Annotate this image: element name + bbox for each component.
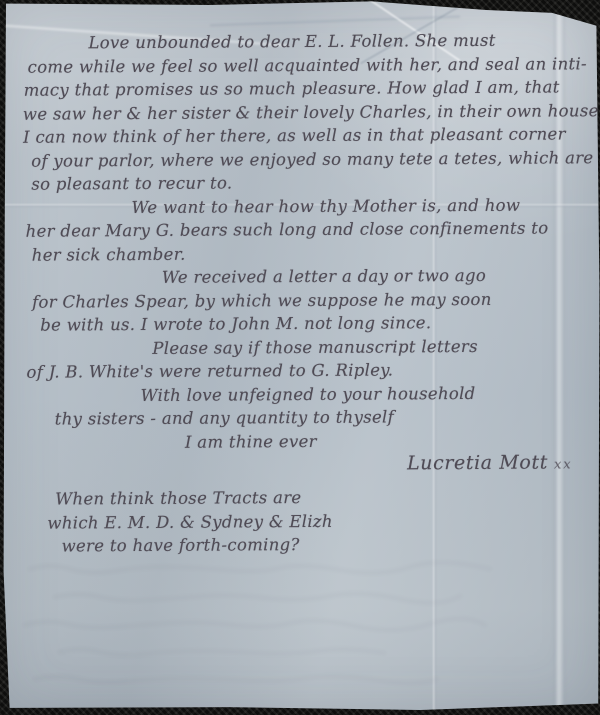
postscript-line: When think those Tracts are bbox=[55, 484, 583, 511]
letter-line: so pleasant to recur to. bbox=[31, 169, 581, 196]
postscript-line: which E. M. D. & Sydney & Elizh bbox=[47, 508, 583, 535]
letter-line: We want to hear how thy Mother is, and h… bbox=[131, 193, 581, 219]
ink-bleed-through bbox=[0, 555, 600, 705]
letter-line: We received a letter a day or two ago bbox=[162, 263, 582, 289]
diagonal-crease bbox=[210, 16, 460, 27]
letter-line: With love unfeigned to your household bbox=[141, 381, 583, 407]
letter-line: for Charles Spear, by which we suppose h… bbox=[32, 287, 582, 314]
letter-line: thy sisters - and any quantity to thysel… bbox=[55, 404, 583, 431]
postscript-line: were to have forth-coming? bbox=[61, 531, 583, 558]
letter-line: Love unbounded to dear E. L. Follen. She… bbox=[88, 28, 580, 55]
letter-text: Love unbounded to dear E. L. Follen. She… bbox=[22, 28, 583, 558]
letter-line: of your parlor, where we enjoyed so many… bbox=[31, 146, 581, 173]
letter-line: come while we feel so well acquainted wi… bbox=[28, 52, 581, 79]
letter-line: be with us. I wrote to John M. not long … bbox=[40, 310, 582, 337]
letter-line: I can now think of her there, as well as… bbox=[23, 122, 581, 149]
letter-line: of J. B. White's were returned to G. Rip… bbox=[26, 357, 582, 384]
signature: Lucretia Mottxx bbox=[407, 451, 583, 478]
letter-page: Love unbounded to dear E. L. Follen. She… bbox=[0, 0, 600, 715]
signature-flourish: xx bbox=[548, 457, 573, 472]
letter-line: Please say if those manuscript letters bbox=[152, 334, 582, 360]
letter-line: we saw her & her sister & their lovely C… bbox=[23, 99, 581, 126]
letter-line: her sick chamber. bbox=[32, 240, 582, 267]
letter-line: her dear Mary G. bears such long and clo… bbox=[26, 216, 582, 243]
valediction: I am thine ever bbox=[185, 428, 583, 454]
postscript: When think those Tracts are which E. M. … bbox=[25, 484, 583, 558]
signature-name: Lucretia Mott bbox=[407, 452, 548, 475]
letter-line: macy that promises us so much pleasure. … bbox=[24, 75, 581, 102]
